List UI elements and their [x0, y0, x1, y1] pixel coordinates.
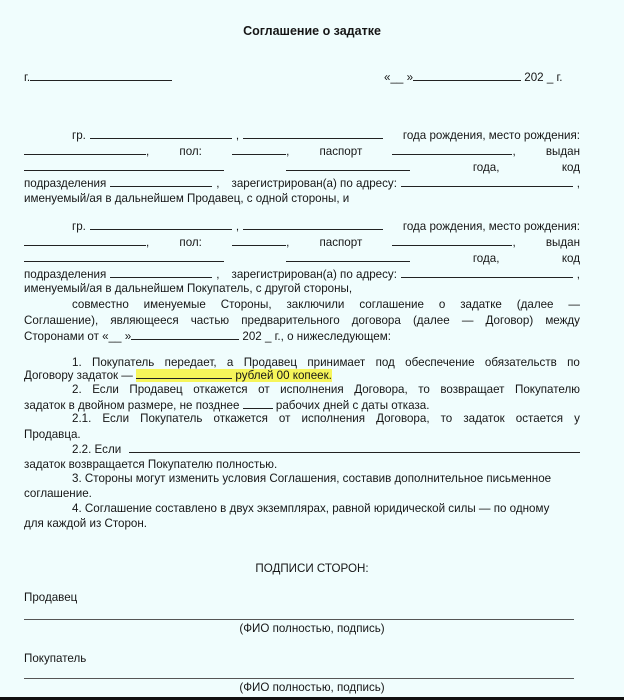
- comma: ,: [286, 236, 289, 249]
- buyer-signature-label: Покупатель: [24, 651, 580, 667]
- word: между: [545, 313, 580, 329]
- gr-label: гр.: [72, 128, 86, 144]
- document-title: Соглашение о задатке: [0, 24, 624, 38]
- buyer-closing-text: именуемый/ая в дальнейшем Покупатель, с …: [24, 281, 580, 297]
- buyer-issued-by-field[interactable]: [24, 250, 224, 262]
- subdivision-label: подразделения: [24, 176, 106, 192]
- seller-subdivision-code-field[interactable]: [110, 175, 212, 187]
- word: Если: [102, 411, 129, 427]
- word: Покупателю: [515, 382, 580, 398]
- deposit-amount-field[interactable]: [136, 367, 232, 379]
- seller-sex-field[interactable]: [232, 143, 286, 155]
- comma: ,: [286, 145, 289, 158]
- word: то: [418, 382, 430, 398]
- word: 2.: [72, 382, 82, 398]
- clause-3-line-2: соглашение.: [24, 486, 580, 502]
- clause-1-line-2: Договору задаток — рублей 00 копеек.: [24, 367, 580, 383]
- comma: ,: [236, 219, 239, 235]
- word: заключили: [286, 297, 344, 313]
- seller-passport-field[interactable]: [392, 143, 512, 155]
- word: откажется: [193, 382, 247, 398]
- word: договора: [352, 313, 401, 329]
- comma: ,: [512, 236, 515, 249]
- clause-2-2-line-1: 2.2. Если: [24, 441, 580, 457]
- deposit-amount-highlight: рублей 00 копеек.: [136, 369, 332, 382]
- comma: ,: [216, 176, 219, 192]
- word: Договора,: [376, 411, 429, 427]
- word: исполнения: [302, 411, 366, 427]
- issued-label: выдан: [546, 235, 580, 251]
- clause-4-line-1: 4. Соглашение составлено в двух экземпля…: [24, 501, 580, 517]
- intro-date-prefix: Сторонами от «__ »: [24, 330, 131, 343]
- word: Договора,: [354, 382, 407, 398]
- word: являющееся: [110, 313, 178, 329]
- city-field[interactable]: [30, 69, 172, 81]
- birth-label: года рождения, место рождения:: [403, 128, 580, 144]
- seller-birthplace-field[interactable]: [24, 143, 146, 155]
- preliminary-contract-date-field[interactable]: [131, 328, 239, 340]
- word: откажется: [214, 411, 268, 427]
- return-days-field[interactable]: [243, 397, 273, 409]
- word: Стороны,: [221, 297, 272, 313]
- word: Покупатель: [140, 411, 202, 427]
- seller-signature-line[interactable]: [24, 619, 574, 620]
- issued-label: выдан: [546, 144, 580, 160]
- buyer-address-field[interactable]: [401, 266, 573, 278]
- clause-4-line-2: для каждой из Сторон.: [24, 516, 580, 532]
- word: Соглашение),: [24, 313, 98, 329]
- buyer-sex-field[interactable]: [232, 234, 286, 246]
- word: соглашение: [359, 297, 424, 313]
- word: —: [568, 297, 580, 313]
- buyer-subdivision-code-field[interactable]: [110, 266, 212, 278]
- word: Договор): [486, 313, 534, 329]
- buyer-issue-date-field[interactable]: [286, 250, 410, 262]
- signatures-heading: ПОДПИСИ СТОРОН:: [0, 561, 624, 577]
- date-year: 202 _ г.: [524, 71, 562, 84]
- seller-signature-label: Продавец: [24, 590, 580, 606]
- comma: ,: [577, 176, 580, 192]
- word: то: [441, 411, 453, 427]
- clause-2-2-condition-field[interactable]: [129, 441, 580, 453]
- seller-closing-text: именуемый/ая в дальнейшем Продавец, с од…: [24, 191, 580, 207]
- buyer-name-field[interactable]: [90, 218, 232, 230]
- word: (далее: [517, 297, 554, 313]
- word: остается: [516, 411, 563, 427]
- clause-2-1-line-1: 2.1. Если Покупатель откажется от исполн…: [24, 411, 580, 427]
- seller-address-field[interactable]: [401, 175, 573, 187]
- word: —: [462, 313, 474, 329]
- comma: ,: [146, 145, 149, 158]
- date-month-field[interactable]: [413, 69, 521, 81]
- code-label: код: [562, 160, 580, 176]
- word: Если: [92, 382, 119, 398]
- comma: ,: [512, 145, 515, 158]
- buyer-signature-caption: (ФИО полностью, подпись): [0, 681, 624, 695]
- word: именуемые: [144, 297, 206, 313]
- word: у: [574, 411, 580, 427]
- word: задаток: [463, 411, 504, 427]
- year-label: года,: [473, 160, 500, 176]
- word: от: [258, 382, 270, 398]
- word: совместно: [72, 297, 129, 313]
- clause-2-2-prefix: 2.2. Если: [72, 442, 121, 458]
- word: (далее: [413, 313, 450, 329]
- seller-issued-by-field[interactable]: [24, 159, 224, 171]
- registered-label: зарегистрирован(а) по адресу:: [232, 176, 397, 192]
- birth-label: года рождения, место рождения:: [403, 219, 580, 235]
- header-line: г. «__ » 202 _ г.: [24, 69, 580, 85]
- sex-label: пол:: [179, 235, 201, 251]
- word: о: [439, 297, 445, 313]
- passport-label: паспорт: [320, 144, 363, 160]
- year-label: года,: [473, 251, 500, 267]
- intro-date-suffix: 202 _ г., о нижеследующем:: [242, 330, 391, 343]
- word: от: [279, 411, 291, 427]
- clause-2-line-1: 2. Если Продавец откажется от исполнения…: [24, 382, 580, 398]
- buyer-signature-line[interactable]: [24, 678, 574, 679]
- word: Продавец: [129, 382, 182, 398]
- word: частью: [191, 313, 229, 329]
- sex-label: пол:: [179, 144, 201, 160]
- word: предварительного: [241, 313, 339, 329]
- word: 2.1.: [72, 411, 91, 427]
- word: задатке: [460, 297, 502, 313]
- deposit-prefix: Договору задаток —: [24, 369, 133, 382]
- seller-birthdate-field[interactable]: [243, 127, 383, 139]
- buyer-birthdate-field[interactable]: [243, 218, 383, 230]
- seller-signature-caption: (ФИО полностью, подпись): [0, 622, 624, 636]
- deposit-suffix: рублей 00 копеек.: [235, 369, 332, 382]
- gr-label: гр.: [72, 219, 86, 235]
- code-label: код: [562, 251, 580, 267]
- comma: ,: [146, 236, 149, 249]
- seller-name-field[interactable]: [90, 127, 232, 139]
- buyer-birthplace-field[interactable]: [24, 234, 146, 246]
- comma: ,: [236, 128, 239, 144]
- word: исполнения: [280, 382, 344, 398]
- passport-label: паспорт: [320, 235, 363, 251]
- word: возвращает: [440, 382, 504, 398]
- clause-3-line-1: 3. Стороны могут изменить условия Соглаш…: [24, 471, 580, 487]
- buyer-passport-field[interactable]: [392, 234, 512, 246]
- seller-issue-date-field[interactable]: [286, 159, 410, 171]
- date-day: «__ »: [384, 71, 413, 84]
